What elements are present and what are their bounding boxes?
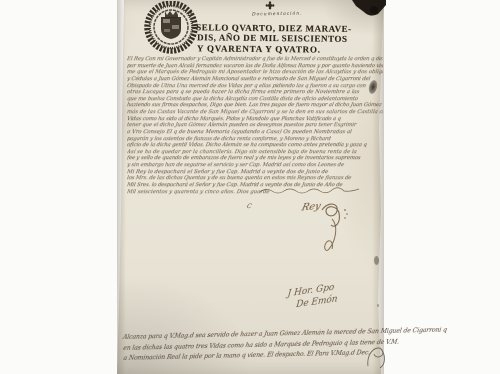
paraph-mark: C [246, 203, 252, 210]
paper-left-edge [117, 0, 126, 374]
manuscript-body: El Rey Con mi Governador y Capitán Admin… [127, 56, 383, 197]
petition-note: Alcanza para q V.Mag.d sea servido de ha… [123, 327, 390, 365]
royal-rubric-signature: Rey [298, 198, 360, 252]
fox-spot [377, 304, 379, 307]
scan-background: Documentación. SELLO QVARTO, DIEZ MARAVE… [0, 0, 500, 374]
handwritten-line: El Rey Con mi Governador y Capitán Admin… [127, 56, 383, 63]
stamp-heading-line: Y QVARENTA Y QVATRO. [197, 43, 352, 55]
stamp-heading: SELLO QVARTO, DIEZ MARAVE-DIS, AÑO DE MI… [196, 22, 352, 55]
rubric-flourish [298, 198, 360, 252]
printer-ornament-icon [265, 1, 275, 10]
handwritten-line: y Cédulas a Juan Gómez Alemán Mancional … [127, 76, 383, 83]
archival-annotation: Documentación. [252, 12, 303, 18]
fox-spot [374, 256, 379, 265]
handwritten-line: y sin embargo han de seguirse el servici… [127, 162, 383, 169]
torn-edge-mark [348, 0, 386, 20]
closing-flourish [364, 340, 388, 370]
royal-stamp-seal-icon [141, 1, 201, 55]
handwritten-line: a Vro Consejo El q de buena Memoria (ayu… [127, 129, 383, 136]
pen-flourish [258, 186, 362, 196]
handwritten-line: más de las Castas Vacante de San Miguel … [127, 109, 383, 116]
